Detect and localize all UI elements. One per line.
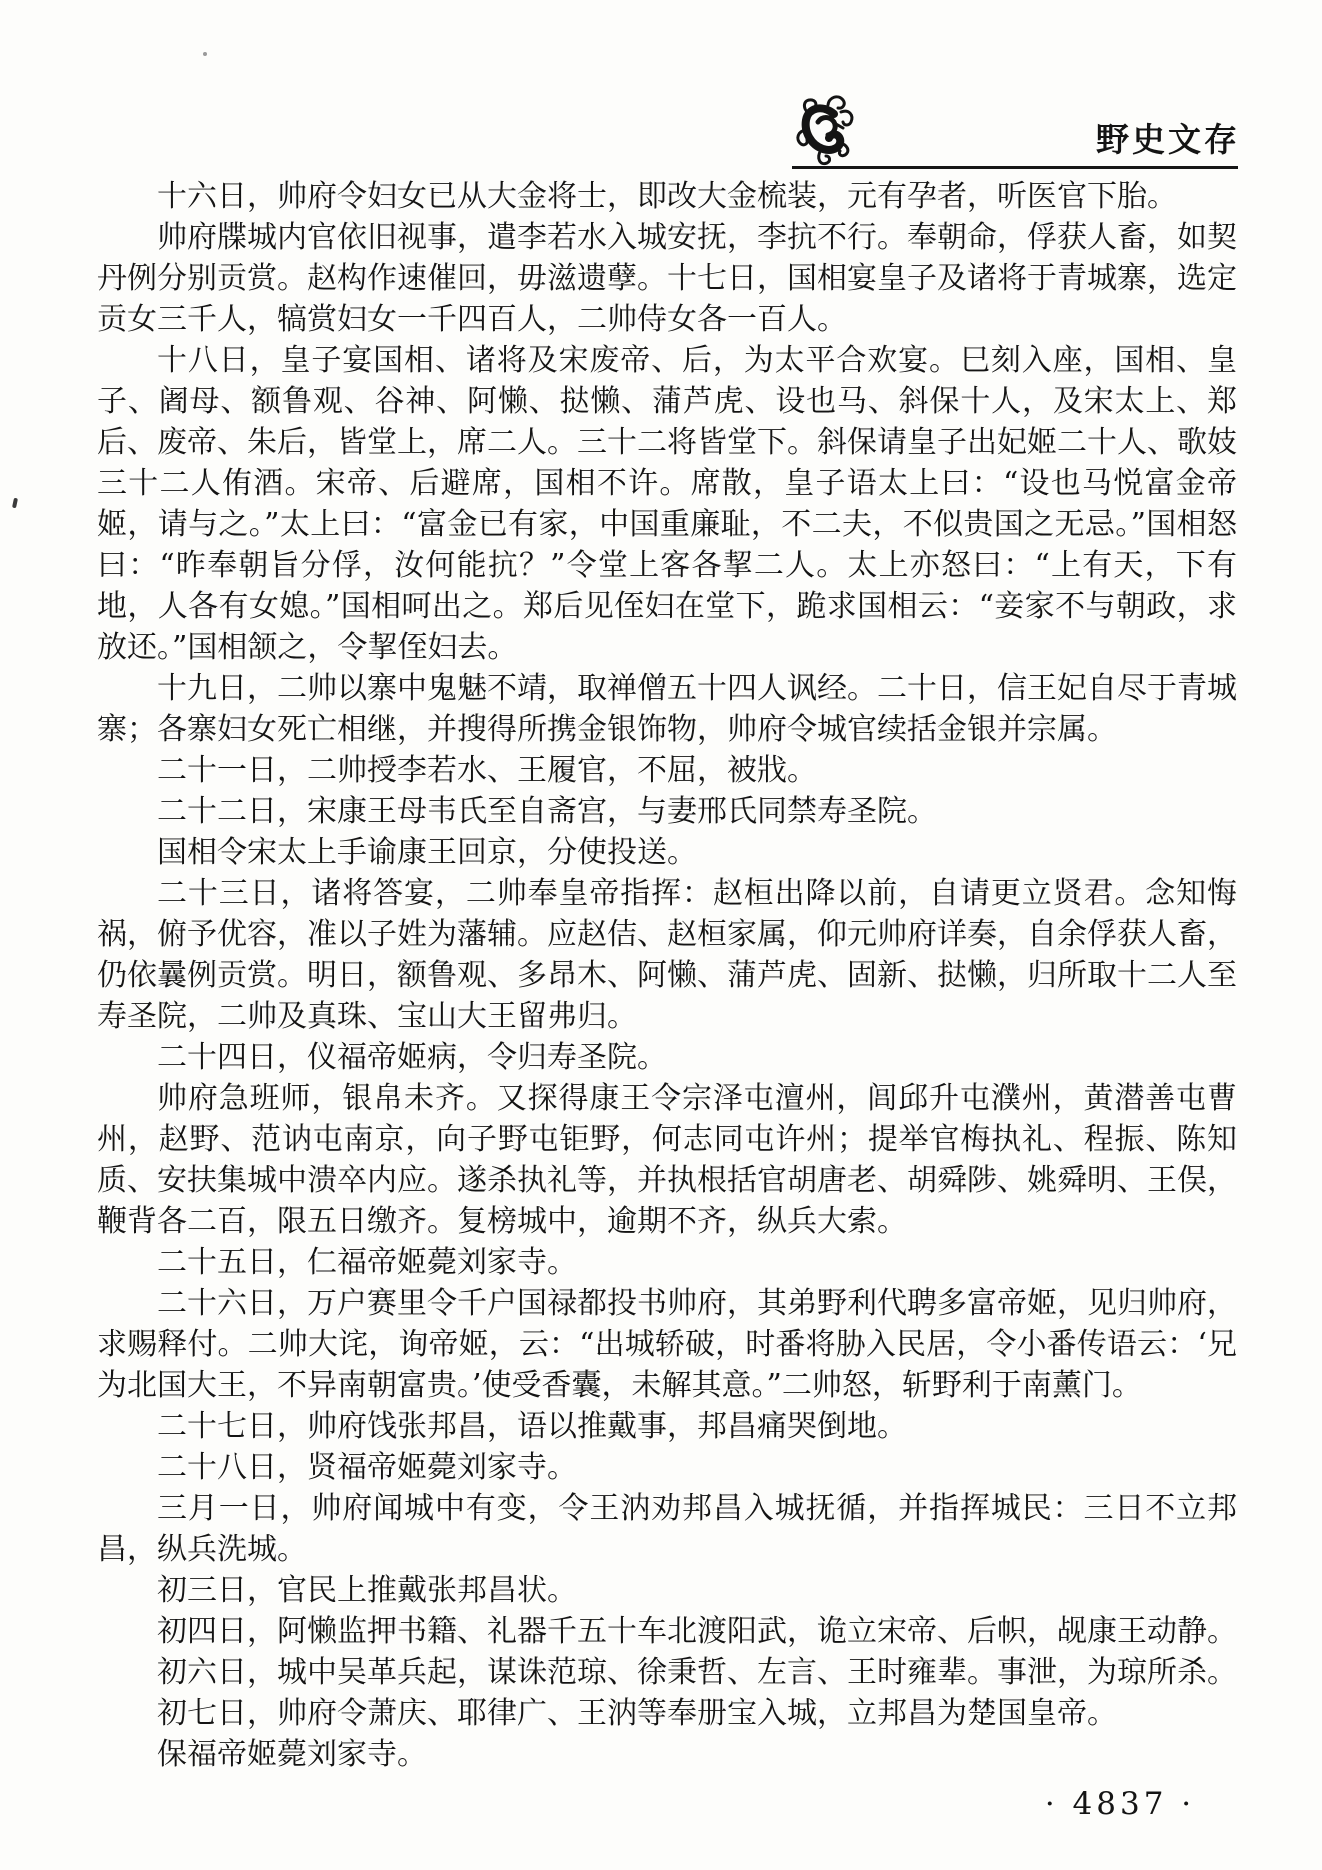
paragraph: 二十四日，仪福帝姬病，令归寿圣院。 (97, 1037, 1237, 1078)
paragraph: 二十六日，万户赛里令千户国禄都投书帅府，其弟野利代聘多富帝姬，见归帅府，求赐释付… (97, 1283, 1237, 1406)
book-page: 野史文存 十六日，帅府令妇女已从大金将士，即改大金梳装，元有孕者，听医官下胎。帅… (0, 0, 1322, 1870)
paragraph: 三月一日，帅府闻城中有变，令王汭劝邦昌入城抚循，并指挥城民：三日不立邦昌，纵兵洗… (97, 1488, 1237, 1570)
paragraph: 初七日，帅府令萧庆、耶律广、王汭等奉册宝入城，立邦昌为楚国皇帝。 (97, 1693, 1237, 1734)
paragraph: 二十八日，贤福帝姬薨刘家寺。 (97, 1447, 1237, 1488)
paragraph: 十八日，皇子宴国相、诸将及宋废帝、后，为太平合欢宴。巳刻入座，国相、皇子、阇母、… (97, 340, 1237, 668)
page-number: · 4837 · (1030, 1786, 1210, 1822)
page-title: 野史文存 (1096, 114, 1240, 161)
page-body: 十六日，帅府令妇女已从大金将士，即改大金梳装，元有孕者，听医官下胎。帅府牒城内官… (97, 176, 1237, 1775)
scan-speck (12, 498, 18, 509)
paragraph: 帅府急班师，银帛未齐。又探得康王令宗泽屯澶州，闾邱升屯濮州，黄潜善屯曹州，赵野、… (97, 1078, 1237, 1242)
header-rule (792, 166, 1238, 169)
dragon-ornament-icon (794, 92, 858, 170)
paragraph: 初六日，城中吴革兵起，谋诛范琼、徐秉哲、左言、王时雍辈。事泄，为琼所杀。 (97, 1652, 1237, 1693)
paragraph: 二十七日，帅府饯张邦昌，语以推戴事，邦昌痛哭倒地。 (97, 1406, 1237, 1447)
paragraph: 初四日，阿懒监押书籍、礼器千五十车北渡阳武，诡立宋帝、后帜，觇康王动静。 (97, 1611, 1237, 1652)
paragraph: 二十三日，诸将答宴，二帅奉皇帝指挥：赵桓出降以前，自请更立贤君。念知悔祸，俯予优… (97, 873, 1237, 1037)
scan-speck (203, 52, 207, 56)
paragraph: 初三日，官民上推戴张邦昌状。 (97, 1570, 1237, 1611)
paragraph: 十六日，帅府令妇女已从大金将士，即改大金梳装，元有孕者，听医官下胎。 (97, 176, 1237, 217)
paragraph: 二十一日，二帅授李若水、王履官，不屈，被戕。 (97, 750, 1237, 791)
paragraph: 二十二日，宋康王母韦氏至自斋宫，与妻邢氏同禁寿圣院。 (97, 791, 1237, 832)
paragraph: 帅府牒城内官依旧视事，遣李若水入城安抚，李抗不行。奉朝命，俘获人畜，如契丹例分别… (97, 217, 1237, 340)
paragraph: 国相令宋太上手谕康王回京，分使投送。 (97, 832, 1237, 873)
paragraph: 保福帝姬薨刘家寺。 (97, 1734, 1237, 1775)
paragraph: 二十五日，仁福帝姬薨刘家寺。 (97, 1242, 1237, 1283)
paragraph: 十九日，二帅以寨中鬼魅不靖，取禅僧五十四人讽经。二十日，信王妃自尽于青城寨；各寨… (97, 668, 1237, 750)
